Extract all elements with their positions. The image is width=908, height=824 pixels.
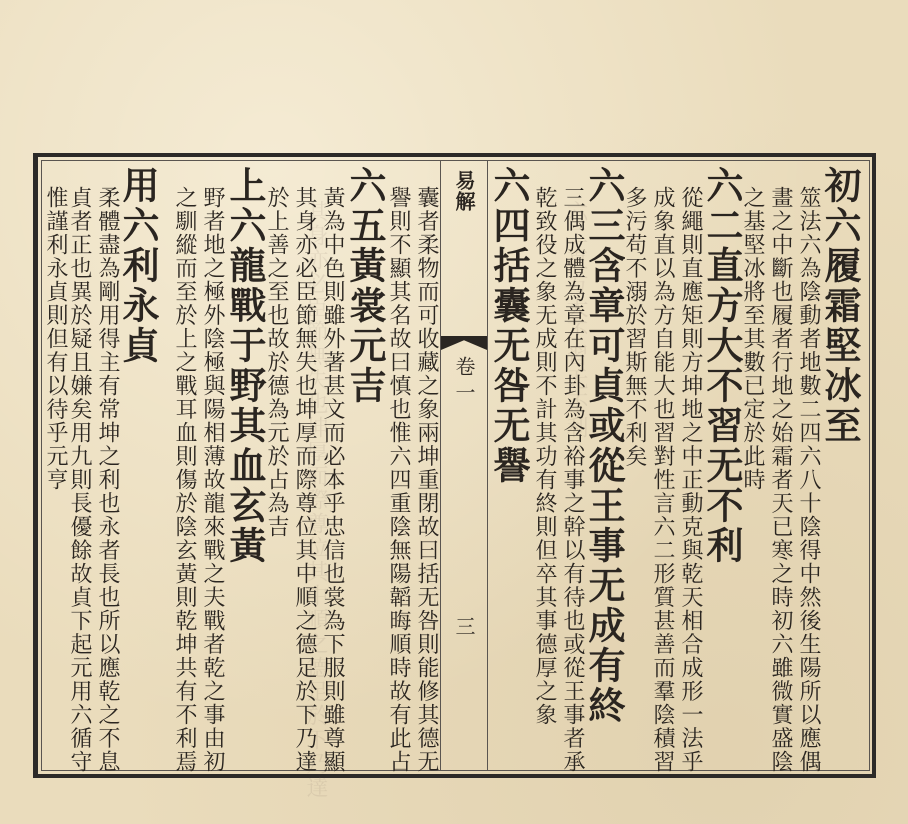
commentary-column: 譽則不顯其名故曰慎也惟六四重陰無陽韜晦順時故有此占 [383,186,413,774]
commentary-column: 三偶成體為章在內卦為含裕事之幹以有待也或從王事者承 [557,186,587,774]
commentary-column: 野者地之極外陰極與陽相薄故龍來戰之夫戰者乾之事由初 [197,186,227,774]
commentary-column: 惟謹利永貞則但有以待乎元亨 [40,186,70,492]
commentary-column: 之馴縱而至於上之戰耳血則傷於陰玄黃則乾坤共有不利焉 [169,186,199,774]
verse-heading-liu-san: 六三含章可貞或從王事无成有終 [584,166,624,726]
commentary-column: 畫之中斷也履者行地之始霜者天已寒之時初六雖微實盛陰 [765,186,795,774]
volume-label: 卷一 [441,356,487,408]
book-title: 易解 [441,170,487,212]
center-fold-margin: 易解 卷一 三 [440,160,488,771]
commentary-column: 乾致役之象无成則不計其功有終則但卒其事德厚之象 [529,186,559,727]
commentary-column: 柔體盡為剛用得主有常坤之利也永者長也所以應乾之不息 [92,186,122,774]
commentary-column: 其身亦必臣節無失也坤厚而際尊位其中順之德足於下乃達 [289,186,319,774]
fish-tail-mark-icon [441,336,487,350]
commentary-column: 成象直以為方自能大也習對性言六二形質甚善而羣陰積習 [647,186,677,774]
verse-heading-liu-er: 六二直方大不習无不利 [702,166,742,566]
verse-heading-yong-liu: 用六利永貞 [118,166,158,366]
verse-heading-liu-si: 六四括囊无咎无譽 [489,166,529,486]
page-number: 三 [441,616,487,636]
verse-heading-liu-wu: 六五黃裳元吉 [345,166,385,406]
commentary-column: 囊者柔物而可收藏之象兩坤重閉故曰括无咎則能修其德无 [411,186,441,774]
commentary-column: 從繩則直應矩則方坤地之中正動克與乾天相合成形一法乎 [675,186,705,774]
verse-heading-shang-liu: 上六龍戰于野其血玄黃 [225,166,265,566]
verse-heading-chu-liu: 初六履霜堅冰至 [820,166,860,446]
commentary-column: 筮法六為陰動者地數二四六八十陰得中然後生陽所以應偶 [793,186,823,774]
commentary-column: 黃為中色則雖外著甚文而必本乎忠信也裳為下服則雖尊顯 [317,186,347,774]
